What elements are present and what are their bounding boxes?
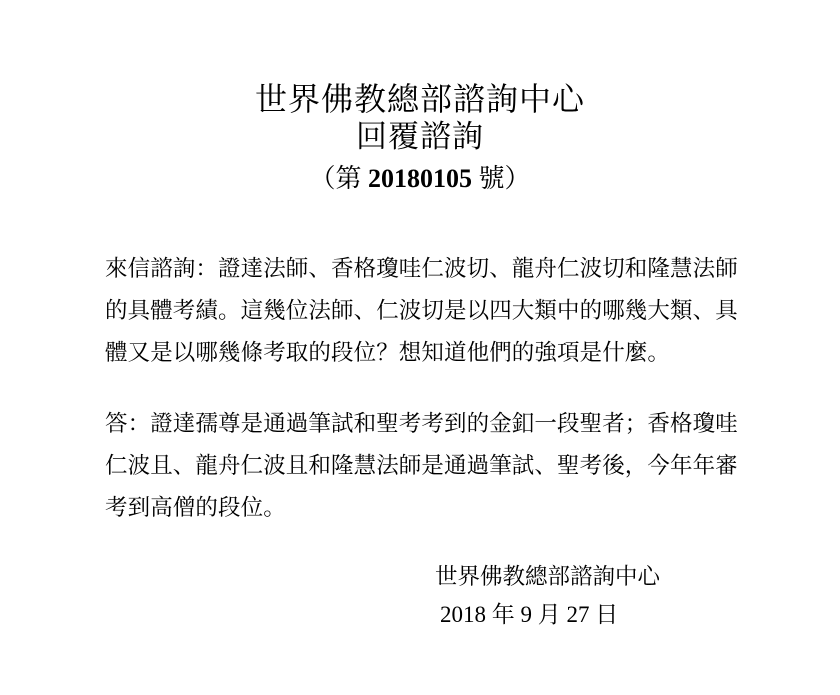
date: 2018 年 9 月 27 日 bbox=[440, 601, 618, 629]
doc-number-suffix: 號） bbox=[472, 164, 531, 193]
question-line-2: 的具體考績。這幾位法師、仁波切是以四大類中的哪幾大類、具 bbox=[105, 290, 745, 332]
question-paragraph: 來信諮詢：證達法師、香格瓊哇仁波切、龍舟仁波切和隆慧法師 的具體考績。這幾位法師… bbox=[105, 248, 745, 374]
signature: 世界佛教總部諮詢中心 bbox=[435, 563, 660, 591]
org-title: 世界佛教總部諮詢中心 bbox=[0, 80, 840, 118]
answer-paragraph: 答：證達孺尊是通過筆試和聖考考到的金釦一段聖者；香格瓊哇 仁波且、龍舟仁波且和隆… bbox=[105, 403, 745, 529]
question-line-3: 體又是以哪幾條考取的段位？想知道他們的強項是什麼。 bbox=[105, 332, 745, 374]
document-header: 世界佛教總部諮詢中心 回覆諮詢 （第 20180105 號） bbox=[0, 80, 840, 196]
doc-number-value: 20180105 bbox=[368, 164, 472, 193]
question-line-1: 來信諮詢：證達法師、香格瓊哇仁波切、龍舟仁波切和隆慧法師 bbox=[105, 248, 745, 290]
answer-line-3: 考到高僧的段位。 bbox=[105, 487, 745, 529]
answer-line-2: 仁波且、龍舟仁波且和隆慧法師是通過筆試、聖考後，今年年審 bbox=[105, 445, 745, 487]
doc-title: 回覆諮詢 bbox=[0, 118, 840, 156]
document-page: 世界佛教總部諮詢中心 回覆諮詢 （第 20180105 號） 來信諮詢：證達法師… bbox=[0, 0, 840, 695]
doc-number-line: （第 20180105 號） bbox=[0, 162, 840, 196]
doc-number-prefix: （第 bbox=[309, 164, 368, 193]
answer-line-1: 答：證達孺尊是通過筆試和聖考考到的金釦一段聖者；香格瓊哇 bbox=[105, 403, 745, 445]
